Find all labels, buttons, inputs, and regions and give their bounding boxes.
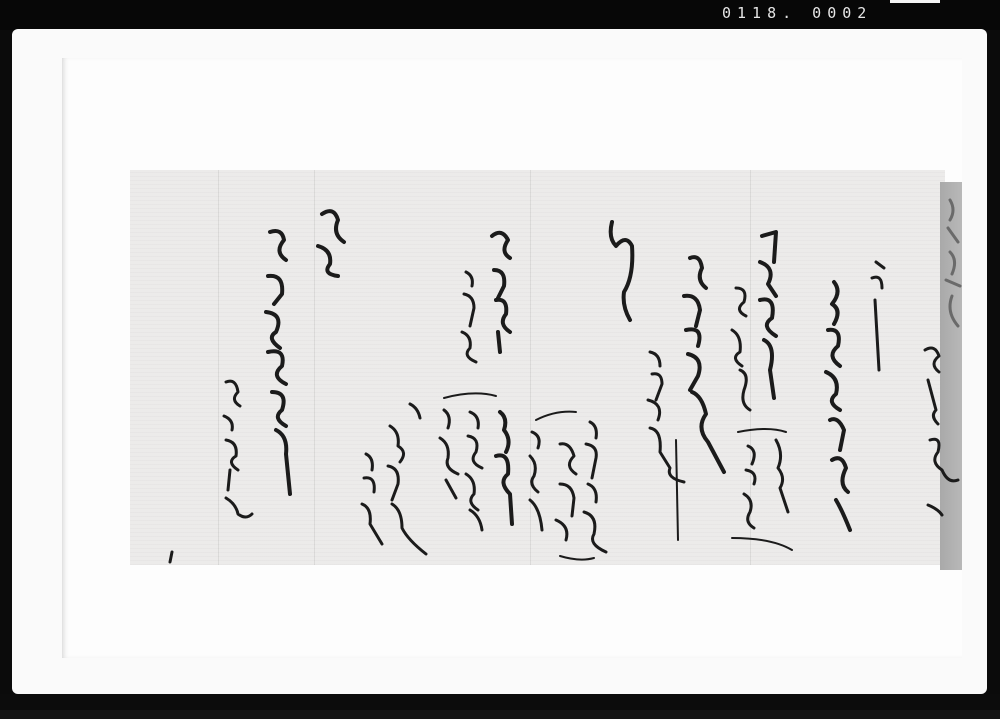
column-3: [826, 282, 850, 530]
column-12: [224, 381, 252, 517]
column-6: [611, 222, 633, 320]
column-9: [362, 393, 512, 554]
ink-mark: [170, 552, 172, 562]
film-bottom-strip: [0, 710, 1000, 719]
column-8: [462, 233, 510, 362]
column-11: [266, 231, 290, 494]
column-10: [318, 211, 344, 276]
column-4: [732, 232, 792, 550]
column-5: [648, 257, 724, 540]
handwriting-ink: [0, 0, 1000, 719]
column-7: [530, 412, 606, 560]
column-2: [872, 262, 884, 370]
column-1: [925, 348, 958, 515]
column-edge: [946, 200, 960, 326]
